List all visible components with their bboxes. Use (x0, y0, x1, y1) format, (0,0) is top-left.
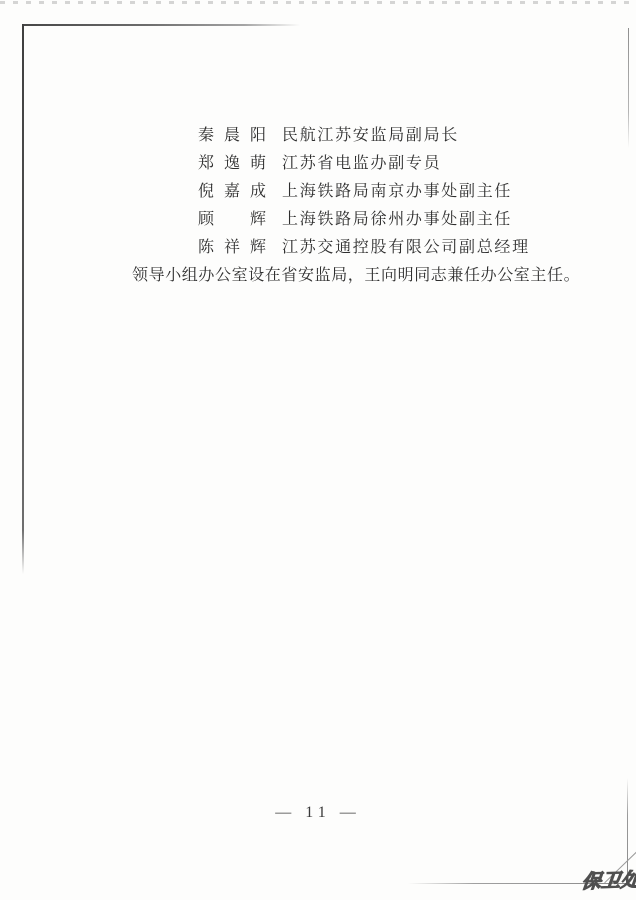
scan-edge-top-line (22, 24, 300, 26)
member-row: 倪嘉成上海铁路局南京办事处副主任 (198, 178, 530, 206)
scan-noise-top-line (0, 1, 636, 4)
member-row: 郑逸萌江苏省电监办副专员 (198, 150, 530, 178)
member-name: 秦晨阳 (198, 122, 266, 150)
member-name: 倪嘉成 (198, 178, 266, 206)
security-dept-stamp: 保卫处 (580, 865, 636, 894)
member-list: 秦晨阳民航江苏安监局副局长 郑逸萌江苏省电监办副专员 倪嘉成上海铁路局南京办事处… (198, 122, 530, 262)
member-title: 江苏交通控股有限公司副总经理 (282, 234, 530, 262)
member-row: 陈祥辉江苏交通控股有限公司副总经理 (198, 234, 530, 262)
member-name: 郑逸萌 (198, 150, 266, 178)
member-name: 陈祥辉 (198, 234, 266, 262)
member-title: 江苏省电监办副专员 (282, 150, 441, 178)
member-title: 上海铁路局南京办事处副主任 (282, 178, 512, 206)
member-row: 秦晨阳民航江苏安监局副局长 (198, 122, 530, 150)
scan-edge-left-line (22, 24, 24, 574)
member-name: 顾 辉 (198, 206, 266, 234)
member-title: 民航江苏安监局副局长 (282, 122, 459, 150)
member-title: 上海铁路局徐州办事处副主任 (282, 206, 512, 234)
scanned-document-page: 秦晨阳民航江苏安监局副局长 郑逸萌江苏省电监办副专员 倪嘉成上海铁路局南京办事处… (0, 0, 636, 900)
member-row: 顾 辉上海铁路局徐州办事处副主任 (198, 206, 530, 234)
office-note-sentence: 领导小组办公室设在省安监局，王向明同志兼任办公室主任。 (132, 263, 580, 289)
page-number: — 11 — (0, 804, 636, 822)
scan-edge-right-top-line (628, 28, 629, 148)
